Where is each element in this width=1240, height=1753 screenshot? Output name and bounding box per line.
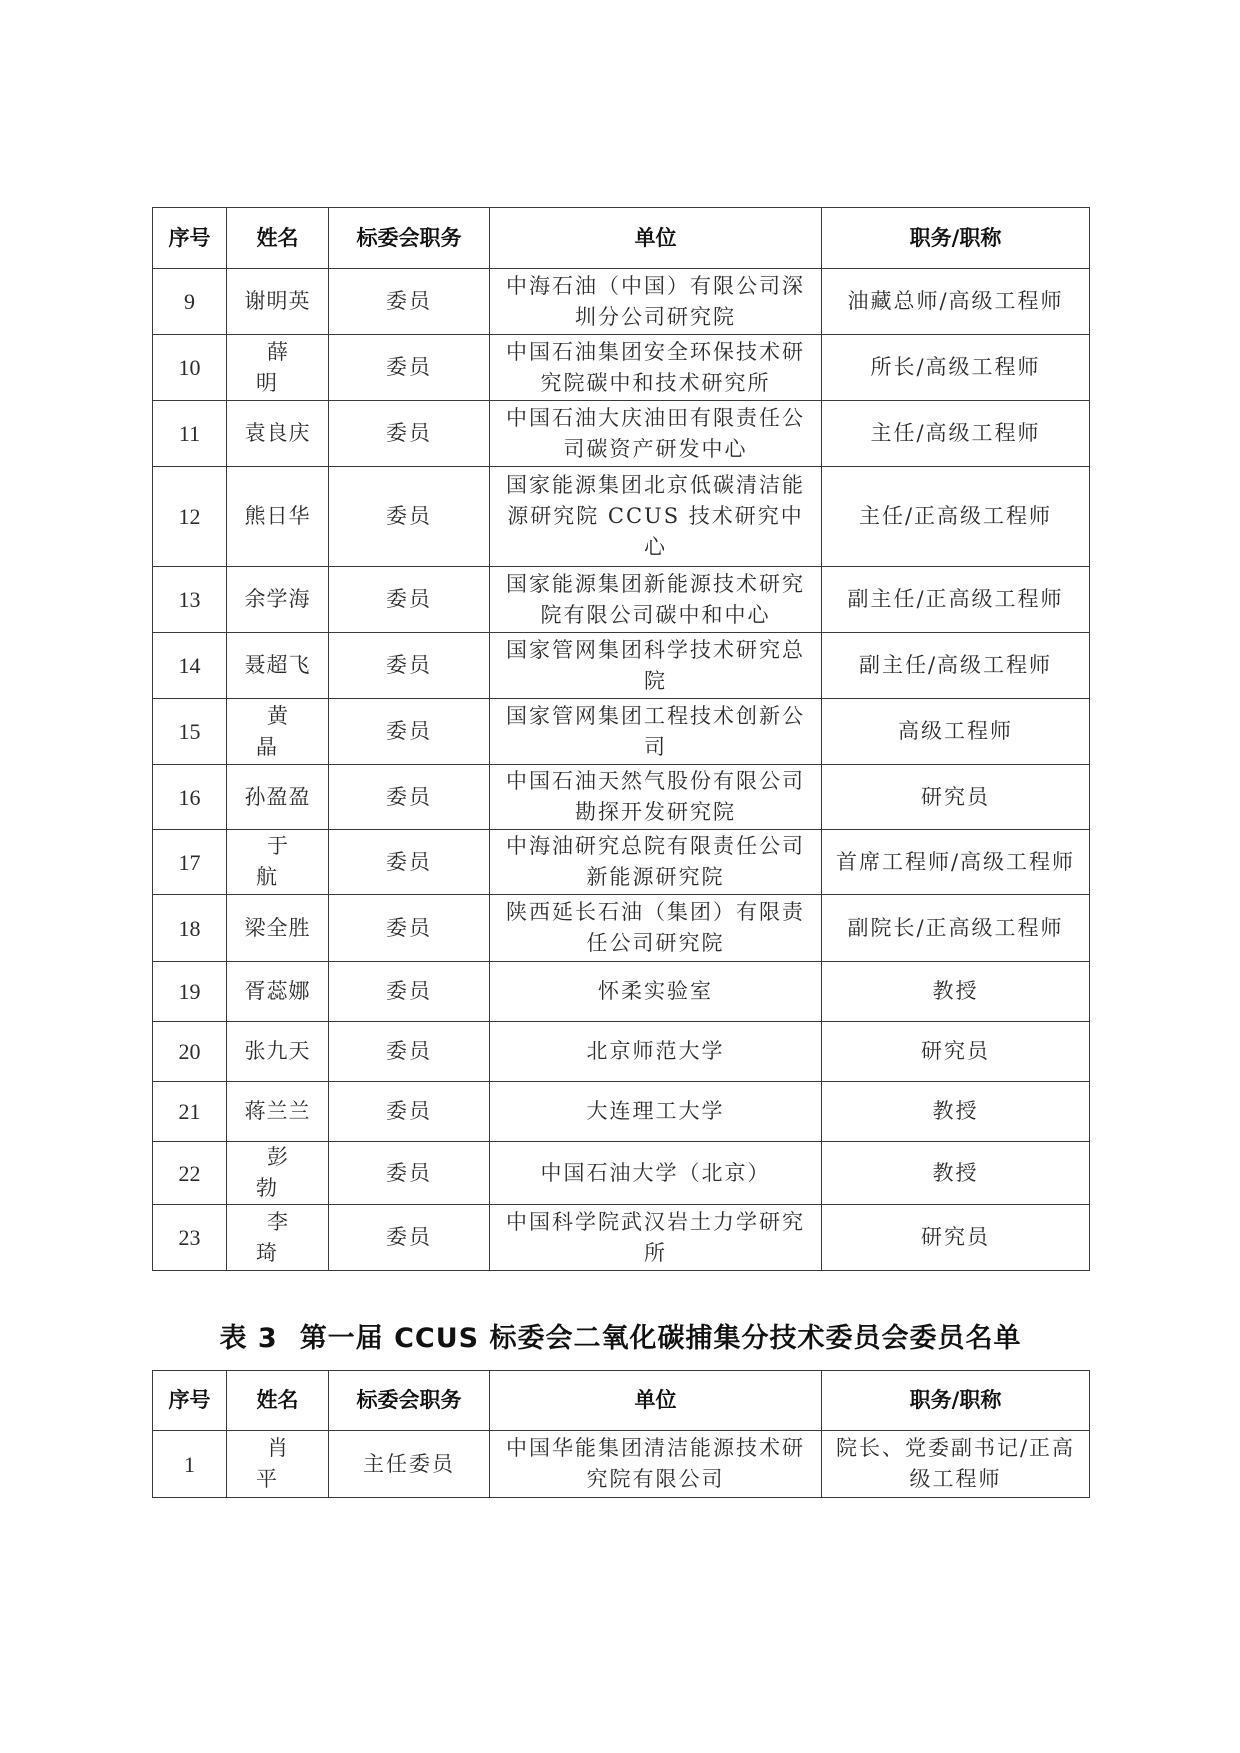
header-seq: 序号	[153, 208, 227, 269]
table-row: 18 梁全胜 委员 陕西延长石油（集团）有限责任公司研究院 副院长/正高级工程师	[153, 895, 1090, 962]
cell-name: 黄晶	[227, 699, 329, 765]
header-title: 职务/职称	[822, 1371, 1090, 1431]
cell-seq: 22	[153, 1142, 227, 1205]
table-row: 9 谢明英 委员 中海石油（中国）有限公司深圳分公司研究院 油藏总师/高级工程师	[153, 269, 1090, 335]
cell-unit: 国家管网集团科学技术研究总院	[490, 633, 822, 699]
cell-name: 蒋兰兰	[227, 1082, 329, 1142]
cell-role: 委员	[329, 895, 490, 962]
table-row: 20 张九天 委员 北京师范大学 研究员	[153, 1022, 1090, 1082]
cell-title: 高级工程师	[822, 699, 1090, 765]
cell-role: 委员	[329, 269, 490, 335]
cell-role: 委员	[329, 467, 490, 567]
member-table-continued: 序号 姓名 标委会职务 单位 职务/职称 9 谢明英 委员 中海石油（中国）有限…	[152, 207, 1090, 1271]
cell-title: 首席工程师/高级工程师	[822, 830, 1090, 895]
cell-unit: 中国石油大庆油田有限责任公司碳资产研发中心	[490, 401, 822, 467]
cell-title: 副院长/正高级工程师	[822, 895, 1090, 962]
cell-seq: 15	[153, 699, 227, 765]
cell-unit: 中国石油天然气股份有限公司勘探开发研究院	[490, 765, 822, 830]
member-table-3: 序号 姓名 标委会职务 单位 职务/职称 1 肖平 主任委员 中国华能集团清洁能…	[152, 1370, 1090, 1498]
cell-unit: 中海石油（中国）有限公司深圳分公司研究院	[490, 269, 822, 335]
cell-title: 教授	[822, 962, 1090, 1022]
cell-name: 肖平	[227, 1431, 329, 1498]
cell-unit: 北京师范大学	[490, 1022, 822, 1082]
cell-seq: 19	[153, 962, 227, 1022]
document-page: 序号 姓名 标委会职务 单位 职务/职称 9 谢明英 委员 中海石油（中国）有限…	[0, 0, 1240, 1753]
table3-caption: 表 3第一届 CCUS 标委会二氧化碳捕集分技术委员会委员名单	[152, 1320, 1089, 1358]
cell-role: 委员	[329, 1142, 490, 1205]
table-row: 19 胥蕊娜 委员 怀柔实验室 教授	[153, 962, 1090, 1022]
cell-unit: 中国石油集团安全环保技术研究院碳中和技术研究所	[490, 335, 822, 401]
cell-seq: 17	[153, 830, 227, 895]
cell-name: 李琦	[227, 1205, 329, 1271]
cell-name: 孙盈盈	[227, 765, 329, 830]
cell-unit: 中国石油大学（北京）	[490, 1142, 822, 1205]
cell-unit: 国家能源集团北京低碳清洁能源研究院 CCUS 技术研究中心	[490, 467, 822, 567]
table-row: 22 彭勃 委员 中国石油大学（北京） 教授	[153, 1142, 1090, 1205]
cell-seq: 10	[153, 335, 227, 401]
cell-unit: 陕西延长石油（集团）有限责任公司研究院	[490, 895, 822, 962]
cell-title: 主任/正高级工程师	[822, 467, 1090, 567]
table-row: 17 于航 委员 中海油研究总院有限责任公司新能源研究院 首席工程师/高级工程师	[153, 830, 1090, 895]
table-row: 21 蒋兰兰 委员 大连理工大学 教授	[153, 1082, 1090, 1142]
cell-seq: 12	[153, 467, 227, 567]
cell-role: 主任委员	[329, 1431, 490, 1498]
cell-title: 副主任/正高级工程师	[822, 567, 1090, 633]
cell-unit: 国家管网集团工程技术创新公司	[490, 699, 822, 765]
cell-name: 彭勃	[227, 1142, 329, 1205]
cell-role: 委员	[329, 699, 490, 765]
cell-unit: 中国科学院武汉岩土力学研究所	[490, 1205, 822, 1271]
cell-role: 委员	[329, 1205, 490, 1271]
cell-title: 研究员	[822, 765, 1090, 830]
cell-role: 委员	[329, 765, 490, 830]
cell-seq: 21	[153, 1082, 227, 1142]
cell-seq: 23	[153, 1205, 227, 1271]
cell-title: 研究员	[822, 1022, 1090, 1082]
cell-title: 主任/高级工程师	[822, 401, 1090, 467]
cell-title: 所长/高级工程师	[822, 335, 1090, 401]
cell-title: 教授	[822, 1142, 1090, 1205]
table-header-row: 序号 姓名 标委会职务 单位 职务/职称	[153, 1371, 1090, 1431]
table-row: 10 薛明 委员 中国石油集团安全环保技术研究院碳中和技术研究所 所长/高级工程…	[153, 335, 1090, 401]
header-unit: 单位	[490, 1371, 822, 1431]
table-row: 16 孙盈盈 委员 中国石油天然气股份有限公司勘探开发研究院 研究员	[153, 765, 1090, 830]
cell-name: 胥蕊娜	[227, 962, 329, 1022]
cell-role: 委员	[329, 1082, 490, 1142]
table3-number: 表 3	[220, 1323, 278, 1354]
cell-role: 委员	[329, 567, 490, 633]
cell-seq: 13	[153, 567, 227, 633]
cell-unit: 怀柔实验室	[490, 962, 822, 1022]
cell-title: 院长、党委副书记/正高级工程师	[822, 1431, 1090, 1498]
cell-name: 谢明英	[227, 269, 329, 335]
header-title: 职务/职称	[822, 208, 1090, 269]
table-row: 23 李琦 委员 中国科学院武汉岩土力学研究所 研究员	[153, 1205, 1090, 1271]
header-name: 姓名	[227, 1371, 329, 1431]
cell-unit: 中国华能集团清洁能源技术研究院有限公司	[490, 1431, 822, 1498]
cell-title: 副主任/高级工程师	[822, 633, 1090, 699]
cell-role: 委员	[329, 401, 490, 467]
header-role: 标委会职务	[329, 208, 490, 269]
table-row: 11 袁良庆 委员 中国石油大庆油田有限责任公司碳资产研发中心 主任/高级工程师	[153, 401, 1090, 467]
cell-seq: 1	[153, 1431, 227, 1498]
cell-name: 梁全胜	[227, 895, 329, 962]
cell-seq: 18	[153, 895, 227, 962]
header-role: 标委会职务	[329, 1371, 490, 1431]
cell-role: 委员	[329, 830, 490, 895]
cell-seq: 16	[153, 765, 227, 830]
cell-role: 委员	[329, 633, 490, 699]
cell-unit: 国家能源集团新能源技术研究院有限公司碳中和中心	[490, 567, 822, 633]
table-row: 13 余学海 委员 国家能源集团新能源技术研究院有限公司碳中和中心 副主任/正高…	[153, 567, 1090, 633]
cell-unit: 中海油研究总院有限责任公司新能源研究院	[490, 830, 822, 895]
header-name: 姓名	[227, 208, 329, 269]
table3-caption-text: 第一届 CCUS 标委会二氧化碳捕集分技术委员会委员名单	[300, 1323, 1022, 1354]
cell-name: 聂超飞	[227, 633, 329, 699]
header-seq: 序号	[153, 1371, 227, 1431]
cell-role: 委员	[329, 962, 490, 1022]
table-row: 14 聂超飞 委员 国家管网集团科学技术研究总院 副主任/高级工程师	[153, 633, 1090, 699]
cell-seq: 14	[153, 633, 227, 699]
cell-seq: 11	[153, 401, 227, 467]
cell-seq: 9	[153, 269, 227, 335]
cell-name: 张九天	[227, 1022, 329, 1082]
cell-role: 委员	[329, 1022, 490, 1082]
cell-name: 袁良庆	[227, 401, 329, 467]
table-row: 12 熊日华 委员 国家能源集团北京低碳清洁能源研究院 CCUS 技术研究中心 …	[153, 467, 1090, 567]
header-unit: 单位	[490, 208, 822, 269]
cell-name: 于航	[227, 830, 329, 895]
cell-name: 余学海	[227, 567, 329, 633]
cell-name: 薛明	[227, 335, 329, 401]
table-row: 1 肖平 主任委员 中国华能集团清洁能源技术研究院有限公司 院长、党委副书记/正…	[153, 1431, 1090, 1498]
cell-role: 委员	[329, 335, 490, 401]
table-row: 15 黄晶 委员 国家管网集团工程技术创新公司 高级工程师	[153, 699, 1090, 765]
cell-seq: 20	[153, 1022, 227, 1082]
cell-name: 熊日华	[227, 467, 329, 567]
cell-title: 研究员	[822, 1205, 1090, 1271]
table-header-row: 序号 姓名 标委会职务 单位 职务/职称	[153, 208, 1090, 269]
cell-title: 教授	[822, 1082, 1090, 1142]
cell-title: 油藏总师/高级工程师	[822, 269, 1090, 335]
cell-unit: 大连理工大学	[490, 1082, 822, 1142]
